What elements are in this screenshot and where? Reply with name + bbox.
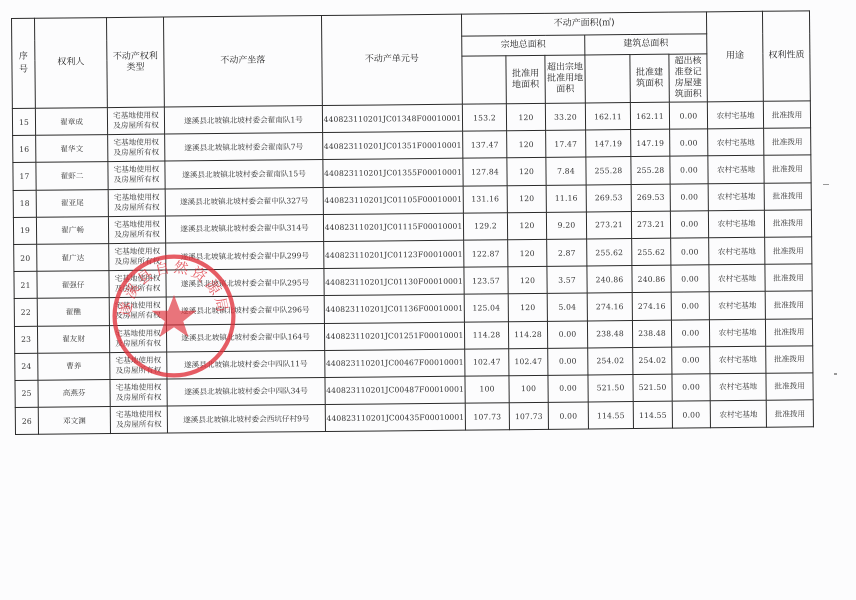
registration-table-sheet: 序号 权利人 不动产权利类型 不动产坐落 不动产单元号 不动产面积(㎡) 用途 … — [11, 10, 814, 435]
row-owner: 翟章成 — [35, 108, 107, 136]
row-nature: 批准拨用 — [764, 182, 811, 210]
row-right-type: 宅基地使用权及房屋所有权 — [109, 297, 166, 325]
right-type-line-2: 及房屋所有权 — [109, 202, 165, 213]
row-land-total: 137.47 — [463, 131, 507, 159]
row-land-excess: 0.00 — [548, 348, 588, 376]
row-unit-no: 440823110201JC01355F00010001 — [323, 159, 463, 188]
row-land-excess: 0.00 — [547, 320, 587, 348]
row-location: 遂溪县北坡镇北坡村委会翟南队1号 — [164, 106, 322, 135]
row-building-excess: 0.00 — [669, 102, 707, 130]
row-seq: 16 — [13, 135, 36, 162]
row-building-total: 238.48 — [587, 320, 632, 348]
row-land-total: 125.04 — [464, 294, 508, 322]
row-building-total: 240.86 — [587, 266, 632, 294]
header-location: 不动产坐落 — [163, 16, 322, 108]
row-building-total: 269.53 — [586, 184, 631, 212]
row-land-total: 100 — [465, 376, 509, 404]
right-type-line-1: 宅基地使用权 — [110, 328, 166, 339]
row-usage: 农村宅基地 — [708, 210, 764, 238]
header-building-excess: 超出核准登记房屋建筑面积 — [669, 54, 708, 102]
row-building-approved: 238.48 — [632, 320, 671, 348]
row-usage: 农村宅基地 — [709, 292, 765, 320]
right-type-line-1: 宅基地使用权 — [110, 355, 166, 366]
row-building-total: 114.55 — [588, 402, 633, 430]
row-building-approved: 273.21 — [631, 211, 670, 239]
row-building-total: 274.16 — [587, 293, 632, 321]
row-usage: 农村宅基地 — [707, 101, 763, 129]
row-building-excess: 0.00 — [670, 129, 708, 157]
right-type-line-1: 宅基地使用权 — [109, 247, 165, 258]
right-type-line-1: 宅基地使用权 — [109, 219, 165, 230]
row-seq: 21 — [14, 271, 37, 298]
row-owner: 翟广畅 — [36, 216, 108, 244]
row-right-type: 宅基地使用权及房屋所有权 — [109, 325, 166, 353]
row-land-total: 129.2 — [463, 212, 507, 240]
row-building-total: 254.02 — [588, 347, 633, 375]
right-type-line-1: 宅基地使用权 — [108, 111, 164, 122]
row-building-approved: 254.02 — [633, 347, 672, 375]
row-land-approved: 120 — [507, 185, 546, 213]
row-building-excess: 0.00 — [672, 401, 710, 429]
row-nature: 批准拨用 — [763, 101, 810, 129]
table-body: 15翟章成宅基地使用权及房屋所有权遂溪县北坡镇北坡村委会翟南队1号4408231… — [12, 101, 813, 435]
row-land-excess: 2.87 — [547, 239, 587, 267]
right-type-line-2: 及房屋所有权 — [110, 284, 166, 295]
row-location: 遂溪县北坡镇北坡村委会翟中队327号 — [165, 187, 323, 216]
row-nature: 批准拨用 — [765, 318, 812, 346]
row-owner: 翟友财 — [37, 325, 109, 353]
row-building-excess: 0.00 — [671, 238, 709, 266]
row-land-excess: 17.47 — [546, 130, 586, 158]
row-owner: 邓文渊 — [38, 407, 110, 435]
row-owner: 翟虾二 — [36, 162, 108, 190]
row-building-approved: 240.86 — [632, 265, 671, 293]
row-right-type: 宅基地使用权及房屋所有权 — [108, 189, 165, 217]
scan-speck — [823, 184, 829, 185]
row-location: 遂溪县北坡镇北坡村委会翟南队7号 — [165, 133, 323, 162]
row-building-total: 147.19 — [586, 130, 631, 158]
header-building-approved: 批准建筑面积 — [630, 54, 669, 102]
row-seq: 19 — [13, 217, 36, 244]
row-nature: 批准拨用 — [765, 291, 812, 319]
row-owner: 高燕芬 — [38, 379, 110, 407]
row-seq: 24 — [15, 353, 38, 380]
row-right-type: 宅基地使用权及房屋所有权 — [108, 161, 165, 189]
row-owner: 翟亚尾 — [36, 189, 108, 217]
header-land-excess: 超出宗地批准用地面积 — [545, 55, 585, 103]
header-land-approved: 批准用地面积 — [506, 55, 545, 103]
row-land-excess: 33.20 — [545, 103, 585, 131]
row-location: 遂溪县北坡镇北坡村委会翟中队296号 — [166, 296, 324, 325]
row-building-excess: 0.00 — [670, 183, 708, 211]
right-type-line-2: 及房屋所有权 — [110, 365, 166, 376]
row-location: 遂溪县北坡镇北坡村委会翟中队299号 — [166, 241, 324, 270]
row-usage: 农村宅基地 — [709, 237, 765, 265]
row-owner: 翟广达 — [37, 244, 109, 272]
row-unit-no: 440823110201JC00487F00010001 — [325, 376, 465, 405]
row-nature: 批准拨用 — [766, 346, 813, 374]
row-land-total: 107.73 — [465, 403, 509, 431]
row-building-excess: 0.00 — [671, 292, 709, 320]
row-building-total: 162.11 — [585, 103, 630, 131]
row-building-approved: 114.55 — [633, 401, 672, 429]
row-land-total: 131.16 — [463, 185, 507, 213]
row-usage: 农村宅基地 — [710, 346, 766, 374]
right-type-line-2: 及房屋所有权 — [108, 121, 164, 132]
row-unit-no: 440823110201JC01105F00010001 — [323, 186, 463, 215]
row-land-approved: 120 — [507, 212, 546, 240]
row-owner: 翟醮 — [37, 298, 109, 326]
row-land-approved: 120 — [508, 266, 547, 294]
row-seq: 22 — [14, 299, 37, 326]
header-seq: 序号 — [12, 18, 36, 108]
scanned-page: 序号 权利人 不动产权利类型 不动产坐落 不动产单元号 不动产面积(㎡) 用途 … — [0, 0, 856, 600]
row-nature: 批准拨用 — [764, 210, 811, 238]
header-right-type: 不动产权利类型 — [107, 17, 165, 108]
row-unit-no: 440823110201JC01348F00010001 — [322, 104, 462, 133]
row-usage: 农村宅基地 — [708, 128, 764, 156]
row-seq: 20 — [14, 244, 37, 271]
row-location: 遂溪县北坡镇北坡村委会中四队11号 — [167, 350, 325, 379]
row-land-excess: 0.00 — [548, 402, 588, 430]
row-building-approved: 521.50 — [633, 374, 672, 402]
row-unit-no: 440823110201JC01351F00010001 — [323, 131, 463, 160]
row-land-approved: 100 — [509, 375, 548, 403]
row-building-excess: 0.00 — [671, 319, 709, 347]
row-building-total: 255.62 — [587, 238, 632, 266]
row-building-excess: 0.00 — [672, 374, 710, 402]
row-right-type: 宅基地使用权及房屋所有权 — [107, 107, 164, 135]
row-land-total: 127.84 — [463, 158, 507, 186]
row-unit-no: 440823110201JC01115F00010001 — [323, 213, 463, 242]
right-type-line-2: 及房屋所有权 — [111, 420, 167, 431]
row-land-excess: 11.16 — [546, 185, 586, 213]
row-location: 遂溪县北坡镇北坡村委会翟中队314号 — [165, 214, 323, 243]
row-nature: 批准拨用 — [766, 373, 813, 401]
row-unit-no: 440823110201JC01136F00010001 — [324, 294, 464, 323]
row-owner: 曹养 — [38, 352, 110, 380]
right-type-line-2: 及房屋所有权 — [108, 148, 164, 159]
row-building-excess: 0.00 — [670, 156, 708, 184]
row-right-type: 宅基地使用权及房屋所有权 — [109, 270, 166, 298]
row-building-approved: 255.62 — [632, 238, 671, 266]
row-usage: 农村宅基地 — [710, 373, 766, 401]
row-right-type: 宅基地使用权及房屋所有权 — [108, 134, 165, 162]
scan-speck — [834, 373, 837, 375]
row-land-excess: 9.20 — [546, 212, 586, 240]
row-right-type: 宅基地使用权及房屋所有权 — [110, 379, 167, 407]
header-area-group: 不动产面积(㎡) — [461, 12, 706, 36]
row-unit-no: 440823110201JC00467F00010001 — [325, 349, 465, 378]
row-nature: 批准拨用 — [765, 237, 812, 265]
header-unit-no: 不动产单元号 — [321, 14, 462, 105]
row-land-total: 102.47 — [465, 348, 509, 376]
row-land-excess: 7.84 — [546, 157, 586, 185]
right-type-line-2: 及房屋所有权 — [109, 257, 165, 268]
row-land-approved: 120 — [507, 158, 546, 186]
row-land-approved: 120 — [507, 131, 546, 159]
row-land-total: 114.28 — [464, 321, 508, 349]
row-land-total: 122.87 — [464, 240, 508, 268]
header-usage: 用途 — [707, 11, 764, 102]
row-seq: 25 — [15, 380, 38, 407]
row-location: 遂溪县北坡镇北坡村委会中四队34号 — [167, 377, 325, 406]
row-seq: 17 — [13, 163, 36, 190]
row-land-approved: 120 — [506, 103, 545, 131]
row-building-excess: 0.00 — [671, 265, 709, 293]
right-type-line-2: 及房屋所有权 — [110, 311, 166, 322]
row-unit-no: 440823110201JC00435F00010001 — [325, 403, 465, 432]
row-right-type: 宅基地使用权及房屋所有权 — [110, 352, 167, 380]
header-building-total — [585, 55, 630, 103]
row-building-total: 521.50 — [588, 374, 633, 402]
row-right-type: 宅基地使用权及房屋所有权 — [110, 406, 167, 434]
header-nature: 权利性质 — [763, 11, 811, 101]
row-nature: 批准拨用 — [764, 155, 811, 183]
right-type-line-1: 宅基地使用权 — [111, 382, 167, 393]
row-usage: 农村宅基地 — [708, 156, 764, 184]
row-building-excess: 0.00 — [672, 346, 710, 374]
row-land-approved: 120 — [508, 239, 547, 267]
right-type-line-2: 及房屋所有权 — [110, 338, 166, 349]
row-owner: 翟强仔 — [37, 271, 109, 299]
row-building-approved: 274.16 — [632, 292, 671, 320]
row-land-approved: 114.28 — [508, 321, 547, 349]
row-land-excess: 0.00 — [548, 375, 588, 403]
row-usage: 农村宅基地 — [709, 319, 765, 347]
row-seq: 26 — [15, 407, 38, 434]
row-land-excess: 3.57 — [547, 266, 587, 294]
row-building-approved: 147.19 — [631, 129, 670, 157]
row-right-type: 宅基地使用权及房屋所有权 — [108, 216, 165, 244]
row-land-total: 123.57 — [464, 267, 508, 295]
right-type-line-2: 及房屋所有权 — [109, 229, 165, 240]
row-seq: 23 — [14, 326, 37, 353]
row-right-type: 宅基地使用权及房屋所有权 — [109, 243, 166, 271]
row-building-approved: 269.53 — [631, 184, 670, 212]
row-land-total: 153.2 — [462, 104, 506, 132]
row-building-approved: 255.28 — [631, 157, 670, 185]
row-usage: 农村宅基地 — [708, 183, 764, 211]
header-land-total-group: 宗地总面积 — [462, 35, 585, 56]
header-land-total — [462, 56, 506, 104]
right-type-line-2: 及房屋所有权 — [109, 175, 165, 186]
row-location: 遂溪县北坡镇北坡村委会翟中队295号 — [166, 269, 324, 298]
row-building-approved: 162.11 — [630, 102, 669, 130]
row-owner: 翟华文 — [36, 135, 108, 163]
row-seq: 15 — [12, 108, 35, 135]
row-nature: 批准拨用 — [765, 264, 812, 292]
row-land-approved: 102.47 — [509, 348, 548, 376]
row-building-excess: 0.00 — [670, 211, 708, 239]
row-building-total: 255.28 — [586, 157, 631, 185]
row-unit-no: 440823110201JC01123F00010001 — [324, 240, 464, 269]
row-usage: 农村宅基地 — [710, 400, 766, 428]
row-nature: 批准拨用 — [764, 128, 811, 156]
row-land-approved: 120 — [508, 294, 547, 322]
right-type-line-2: 及房屋所有权 — [111, 392, 167, 403]
row-usage: 农村宅基地 — [709, 264, 765, 292]
row-unit-no: 440823110201JC01251F00010001 — [324, 322, 464, 351]
row-seq: 18 — [13, 190, 36, 217]
row-nature: 批准拨用 — [766, 400, 813, 428]
property-registration-table: 序号 权利人 不动产权利类型 不动产坐落 不动产单元号 不动产面积(㎡) 用途 … — [11, 10, 814, 435]
row-building-total: 273.21 — [586, 211, 631, 239]
header-owner: 权利人 — [35, 18, 108, 109]
header-building-total-group: 建筑总面积 — [585, 34, 707, 55]
row-land-approved: 107.73 — [509, 402, 548, 430]
row-location: 遂溪县北坡镇北坡村委会西坑仔村9号 — [167, 405, 325, 434]
right-type-line-1: 宅基地使用权 — [109, 192, 165, 203]
row-unit-no: 440823110201JC01130F00010001 — [324, 267, 464, 296]
row-location: 遂溪县北坡镇北坡村委会翟南队15号 — [165, 160, 323, 189]
row-land-excess: 5.04 — [547, 293, 587, 321]
row-location: 遂溪县北坡镇北坡村委会翟中队164号 — [166, 323, 324, 352]
